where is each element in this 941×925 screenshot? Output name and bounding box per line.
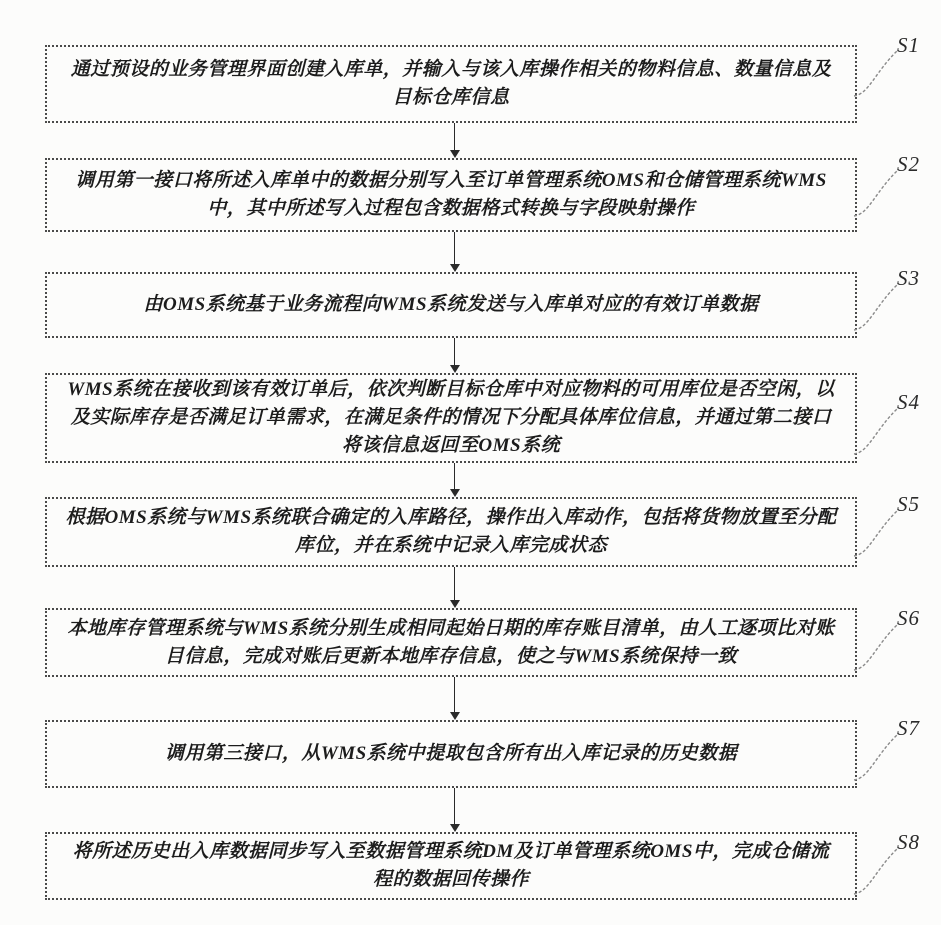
arrow-line <box>454 677 455 714</box>
step-text-s5: 根据OMS系统与WMS系统联合确定的入库路径，操作出入库动作，包括将货物放置至分… <box>65 504 837 560</box>
arrow-head <box>450 712 460 720</box>
step-label-s5: S5 <box>897 492 939 517</box>
flow-step-s2: 调用第一接口将所述入库单中的数据分别写入至订单管理系统OMS和仓储管理系统WMS… <box>45 158 857 232</box>
step-text-s8: 将所述历史出入库数据同步写入至数据管理系统DM及订单管理系统OMS中，完成仓储流… <box>65 838 837 894</box>
arrow-line <box>454 788 455 826</box>
down-arrow-icon <box>450 123 460 158</box>
step-text-s3: 由OMS系统基于业务流程向WMS系统发送与入库单对应的有效订单数据 <box>143 291 758 319</box>
down-arrow-icon <box>450 567 460 608</box>
leader-line-s6 <box>853 620 901 674</box>
step-label-s4: S4 <box>897 390 939 415</box>
arrow-head <box>450 365 460 373</box>
arrow-head <box>450 150 460 158</box>
flowchart-figure: 通过预设的业务管理界面创建入库单，并输入与该入库操作相关的物料信息、数量信息及目… <box>0 0 941 925</box>
arrow-head <box>450 600 460 608</box>
leader-line-s1 <box>853 46 901 100</box>
leader-line-s2 <box>853 166 901 220</box>
step-text-s7: 调用第三接口，从WMS系统中提取包含所有出入库记录的历史数据 <box>165 740 737 768</box>
arrow-line <box>454 463 455 491</box>
step-label-s3: S3 <box>897 266 939 291</box>
step-label-s8: S8 <box>897 830 939 855</box>
flow-step-s1: 通过预设的业务管理界面创建入库单，并输入与该入库操作相关的物料信息、数量信息及目… <box>45 45 857 123</box>
down-arrow-icon <box>450 677 460 720</box>
step-text-s4: WMS系统在接收到该有效订单后，依次判断目标仓库中对应物料的可用库位是否空闲，以… <box>65 376 837 460</box>
step-label-s7: S7 <box>897 716 939 741</box>
flow-step-s8: 将所述历史出入库数据同步写入至数据管理系统DM及订单管理系统OMS中，完成仓储流… <box>45 832 857 900</box>
arrow-head <box>450 824 460 832</box>
step-label-s6: S6 <box>897 606 939 631</box>
arrow-line <box>454 338 455 367</box>
arrow-head <box>450 264 460 272</box>
down-arrow-icon <box>450 788 460 832</box>
leader-line-s5 <box>853 506 901 560</box>
flow-step-s5: 根据OMS系统与WMS系统联合确定的入库路径，操作出入库动作，包括将货物放置至分… <box>45 497 857 567</box>
down-arrow-icon <box>450 463 460 497</box>
arrow-line <box>454 567 455 602</box>
step-text-s2: 调用第一接口将所述入库单中的数据分别写入至订单管理系统OMS和仓储管理系统WMS… <box>65 167 837 223</box>
flow-step-s7: 调用第三接口，从WMS系统中提取包含所有出入库记录的历史数据 <box>45 720 857 788</box>
leader-line-s3 <box>853 280 901 334</box>
down-arrow-icon <box>450 232 460 272</box>
step-label-s1: S1 <box>897 33 939 58</box>
arrow-line <box>454 232 455 266</box>
step-label-s2: S2 <box>897 152 939 177</box>
leader-line-s8 <box>853 844 901 898</box>
leader-line-s4 <box>853 404 901 458</box>
flow-step-s3: 由OMS系统基于业务流程向WMS系统发送与入库单对应的有效订单数据 <box>45 272 857 338</box>
step-text-s6: 本地库存管理系统与WMS系统分别生成相同起始日期的库存账目清单，由人工逐项比对账… <box>65 615 837 671</box>
flow-step-s6: 本地库存管理系统与WMS系统分别生成相同起始日期的库存账目清单，由人工逐项比对账… <box>45 608 857 677</box>
down-arrow-icon <box>450 338 460 373</box>
arrow-head <box>450 489 460 497</box>
step-text-s1: 通过预设的业务管理界面创建入库单，并输入与该入库操作相关的物料信息、数量信息及目… <box>65 56 837 112</box>
arrow-line <box>454 123 455 152</box>
flow-step-s4: WMS系统在接收到该有效订单后，依次判断目标仓库中对应物料的可用库位是否空闲，以… <box>45 373 857 463</box>
leader-line-s7 <box>853 730 901 784</box>
